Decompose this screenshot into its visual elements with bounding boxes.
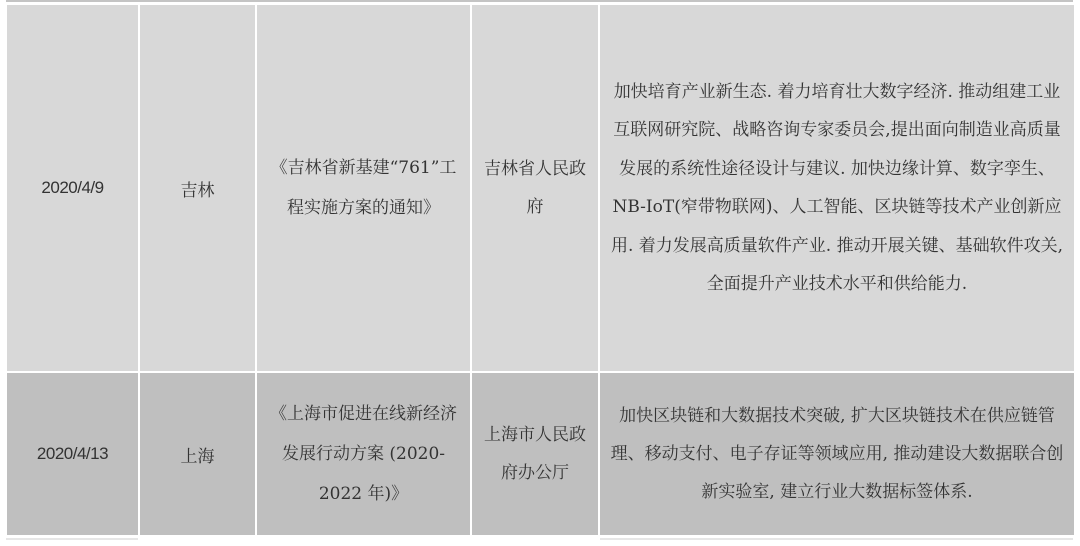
previous-row-edge: [6, 0, 1073, 2]
cell-content: 加快培育产业新生态. 着力培育壮大数字经济. 推动组建工业互联网研究院、战略咨询…: [600, 5, 1074, 371]
cell-issuer: 吉林省人民政府: [472, 5, 598, 371]
cell-issuer: 上海市人民政府办公厅: [472, 373, 598, 535]
table-row: 2020/4/9 吉林 《吉林省新基建“761”工程实施方案的通知》 吉林省人民…: [7, 5, 1074, 371]
cell-date: 2020/4/13: [7, 373, 138, 535]
next-row-edge: [6, 538, 138, 540]
policy-table: 2020/4/9 吉林 《吉林省新基建“761”工程实施方案的通知》 吉林省人民…: [5, 3, 1076, 537]
cell-date: 2020/4/9: [7, 5, 138, 371]
cell-document-title: 《上海市促进在线新经济发展行动方案 (2020-2022 年)》: [257, 373, 470, 535]
cell-document-title: 《吉林省新基建“761”工程实施方案的通知》: [257, 5, 470, 371]
table-row: 2020/4/13 上海 《上海市促进在线新经济发展行动方案 (2020-202…: [7, 373, 1074, 535]
next-row-edge: [600, 538, 1073, 540]
cell-region: 上海: [140, 373, 255, 535]
cell-region: 吉林: [140, 5, 255, 371]
cell-content: 加快区块链和大数据技术突破, 扩大区块链技术在供应链管理、移动支付、电子存证等领…: [600, 373, 1074, 535]
